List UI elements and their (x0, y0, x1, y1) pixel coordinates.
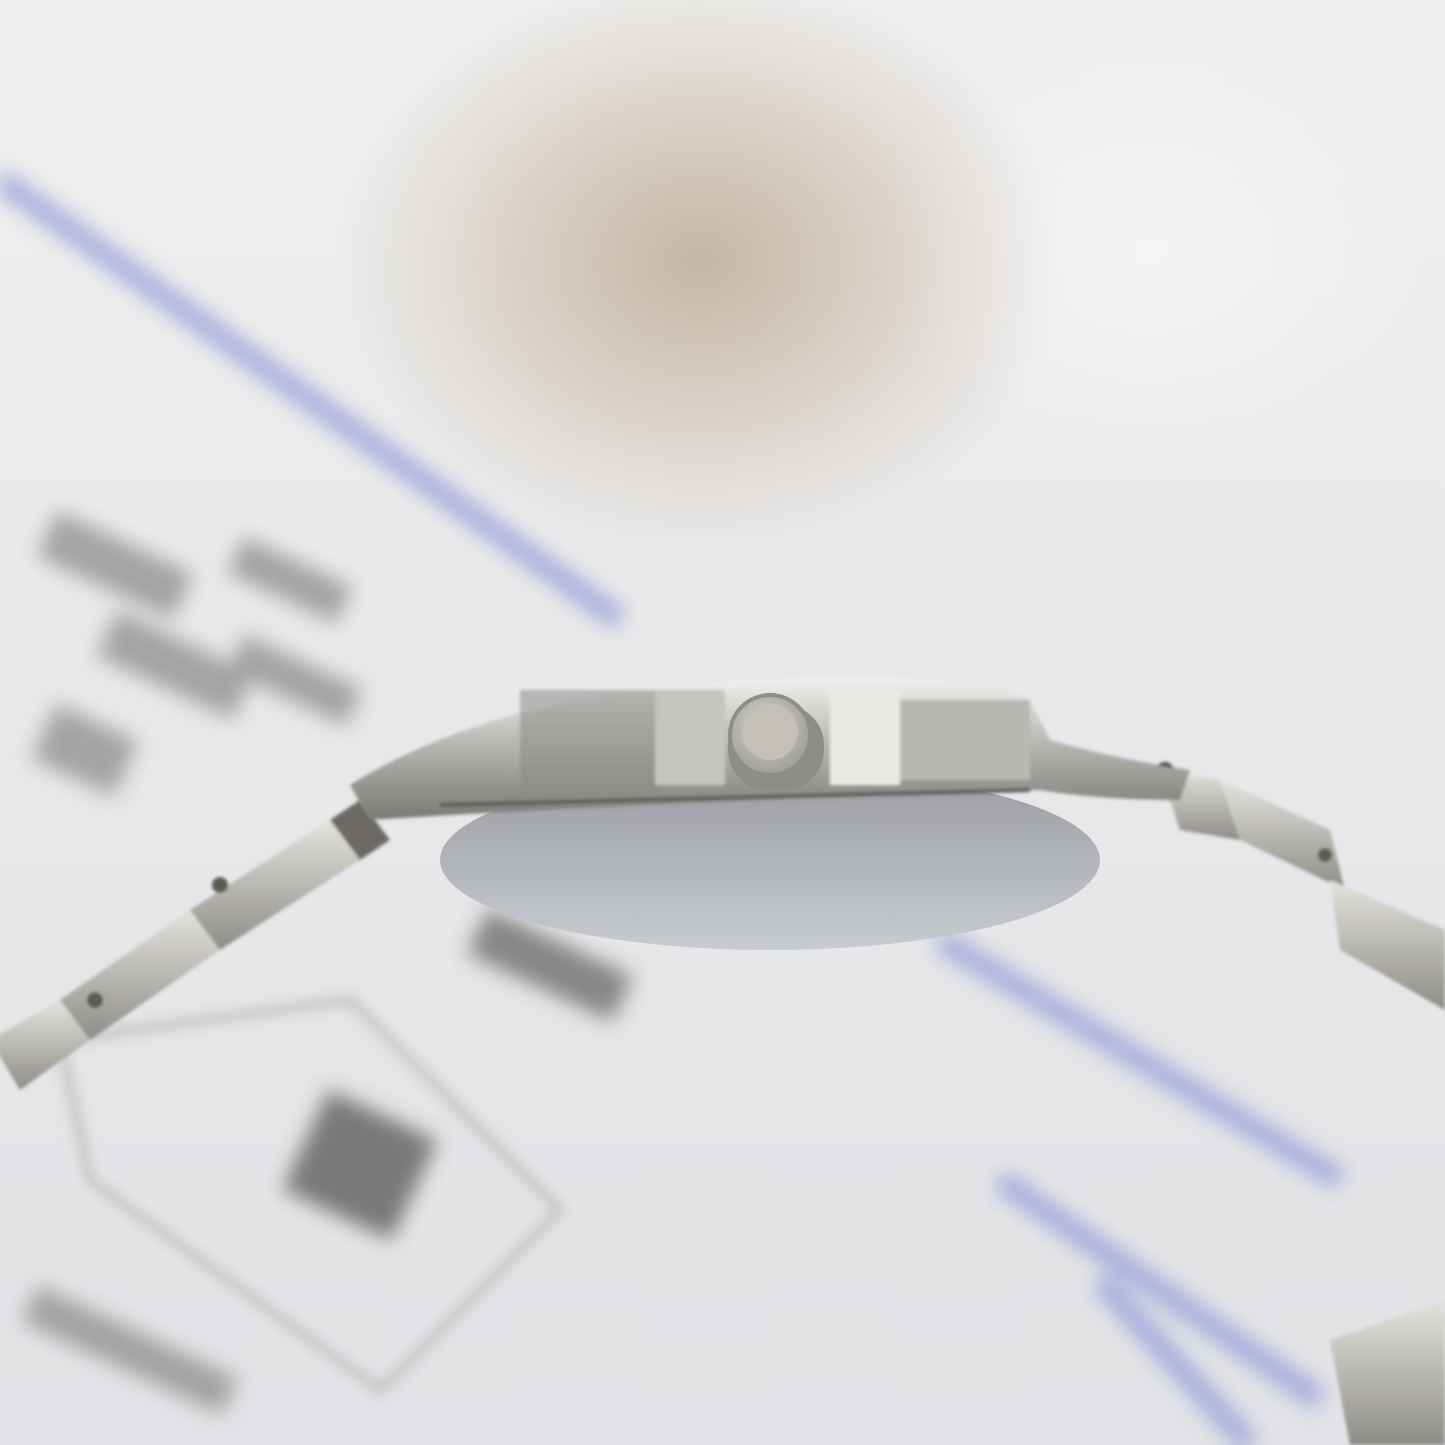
document-text-blurred (22, 511, 633, 1415)
bracelet-left (0, 784, 390, 1090)
photo-illustration (0, 0, 1445, 1445)
photo-scene: Close-up side profile of a stainless ste… (0, 0, 1445, 1445)
